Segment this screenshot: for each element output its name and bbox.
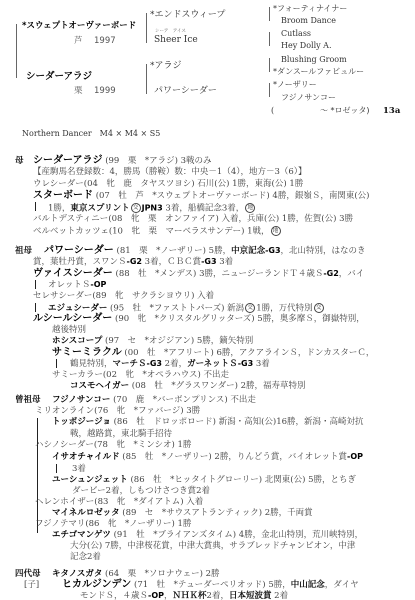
dam-produce-stats: 【産駒馬名登録数：4，勝馬（勝鞍）数：中央－1（4），地方－3（6）】 xyxy=(33,167,307,177)
grade-badge: JPN3 xyxy=(142,204,163,213)
grade-badge: -G2 xyxy=(127,257,142,266)
gen2-sire-dam: Sheer Ice xyxy=(154,36,198,45)
race-name: 日本短波賞 xyxy=(229,591,272,600)
offspring-name: エチゴマンゲツ xyxy=(52,530,111,540)
gen2-bracket-dam xyxy=(146,64,147,94)
grade-badge: -OP xyxy=(90,280,106,289)
grade-badge: -G3 xyxy=(201,257,216,266)
fourth-dam-label: 四代母 xyxy=(15,569,41,579)
offspring-name: ヒカルジンデン xyxy=(62,579,131,590)
dam-section-name: シーダーアラジ xyxy=(33,155,103,166)
offspring-name: バルトデスティニー xyxy=(33,214,108,224)
offspring-name: サミーミラクル xyxy=(52,347,122,358)
gen2-sire-dam-ruby: シーア アイス xyxy=(155,30,186,35)
gen3-bracket-4 xyxy=(269,83,270,97)
connector-bar xyxy=(56,359,57,368)
connector-bar xyxy=(37,418,38,533)
great-granddam-label: 曾祖母 xyxy=(15,395,41,405)
offspring-name: コスモヘイガー xyxy=(70,381,129,391)
gen2-sire-sire: *エンドスウィープ xyxy=(150,11,225,20)
gen3-8: フジノサンコー xyxy=(281,94,336,102)
gen3-5: Blushing Groom xyxy=(281,56,347,64)
circle-mark: 交 xyxy=(131,203,141,213)
granddam-name: パワーシーダー xyxy=(44,245,114,256)
offspring-name: ヘレンホイザー xyxy=(35,497,94,507)
great-granddam-name: フジノサンコー xyxy=(52,395,110,405)
race-name: ＮＨＫ杯 xyxy=(173,591,207,600)
race-name: 中山記念 xyxy=(291,580,325,590)
gen3-bracket-3 xyxy=(269,58,270,72)
offspring-name: ルシールシーダー xyxy=(33,313,112,324)
race-name: マーチＳ xyxy=(113,359,147,369)
gen3-6: *ダンスールファビュルー xyxy=(273,68,364,76)
sire-color: 芦 xyxy=(74,37,83,46)
fourth-dam-name: キタノスガタ xyxy=(52,569,102,579)
offspring-name: イサオチャイルド xyxy=(52,452,120,462)
dam-color: 栗 xyxy=(74,87,83,96)
circle-mark: 地 xyxy=(271,226,281,236)
gen3-bracket-2 xyxy=(269,32,270,46)
family-line-open: ( xyxy=(271,107,274,115)
offspring-name: ヴァイスシーダー xyxy=(33,268,113,279)
offspring-name: ユーシュンジェット xyxy=(52,475,128,485)
dam-name: シーダーアラジ xyxy=(26,72,92,82)
gen3-1: *フォーティナイナー xyxy=(273,5,347,13)
child-tag: [子] xyxy=(24,580,39,590)
offspring-name: ベルベットカッツェ xyxy=(33,227,109,237)
connector-bar xyxy=(35,280,36,289)
connector-bar xyxy=(35,202,36,211)
offspring-name: ミリオンライン xyxy=(35,406,94,416)
offspring-name: ウレシーダー xyxy=(33,179,84,189)
gen3-7: *ノーザリー xyxy=(273,81,317,89)
offspring-name: トッポジージョ xyxy=(52,417,111,427)
race-name: ガーネットＳ xyxy=(187,359,238,369)
sire-name: *スウェプトオーヴァーボード xyxy=(22,22,136,31)
dam-label: 母 xyxy=(15,156,24,166)
sire-year: 1997 xyxy=(94,37,116,46)
inbreeding-note: Northern Dancer M4 × M4 × S5 xyxy=(22,130,160,138)
offspring-name: セレサシーダー xyxy=(33,291,92,301)
granddam-label: 祖母 xyxy=(15,246,32,256)
gen2-bracket-sire xyxy=(146,13,147,43)
gen3-2: Broom Dance xyxy=(281,17,336,25)
circle-mark: 交 xyxy=(314,303,324,313)
family-line-text: ～ *ロゼッタ) xyxy=(320,107,370,115)
gen3-3: Cutlass xyxy=(281,30,311,38)
circle-mark: 交 xyxy=(245,303,255,313)
race-name: 中京記念 xyxy=(231,246,265,256)
dam-section-info: (99 栗 *アラジ) 3戦のみ xyxy=(105,156,211,166)
offspring-name: ハシノシーダー xyxy=(35,440,94,450)
race-name: 東京スプリント xyxy=(70,204,129,214)
grade-badge: -OP xyxy=(347,452,363,461)
grade-badge: -OP xyxy=(148,591,164,600)
connector-bar xyxy=(56,464,57,473)
gen2-dam-dam: パワーシーダー xyxy=(154,87,217,96)
circle-mark: 地 xyxy=(245,203,255,213)
gen3-4: Hey Dolly A. xyxy=(281,42,332,50)
grade-badge: -G2 xyxy=(323,269,338,278)
grade-badge: -G3 xyxy=(238,359,253,368)
offspring-name: サミーカラー xyxy=(52,370,103,380)
offspring-name: マイネルロゼッタ xyxy=(52,508,120,518)
family-number: 13a xyxy=(383,107,400,116)
connector-bar xyxy=(35,303,36,312)
gen3-bracket-1 xyxy=(269,7,270,21)
grade-badge: -G3 xyxy=(265,246,280,255)
dam-year: 1999 xyxy=(94,87,116,96)
gen2-dam-sire: *アラジ xyxy=(150,62,182,71)
grade-badge: -G3 xyxy=(147,359,162,368)
offspring-name: スターボード xyxy=(33,190,93,201)
offspring-name: ホシスコープ xyxy=(52,336,102,346)
gen1-bracket xyxy=(16,24,17,78)
offspring-name: エジュシーダー xyxy=(48,304,107,314)
offspring-name: フジノテマリ xyxy=(35,519,85,529)
